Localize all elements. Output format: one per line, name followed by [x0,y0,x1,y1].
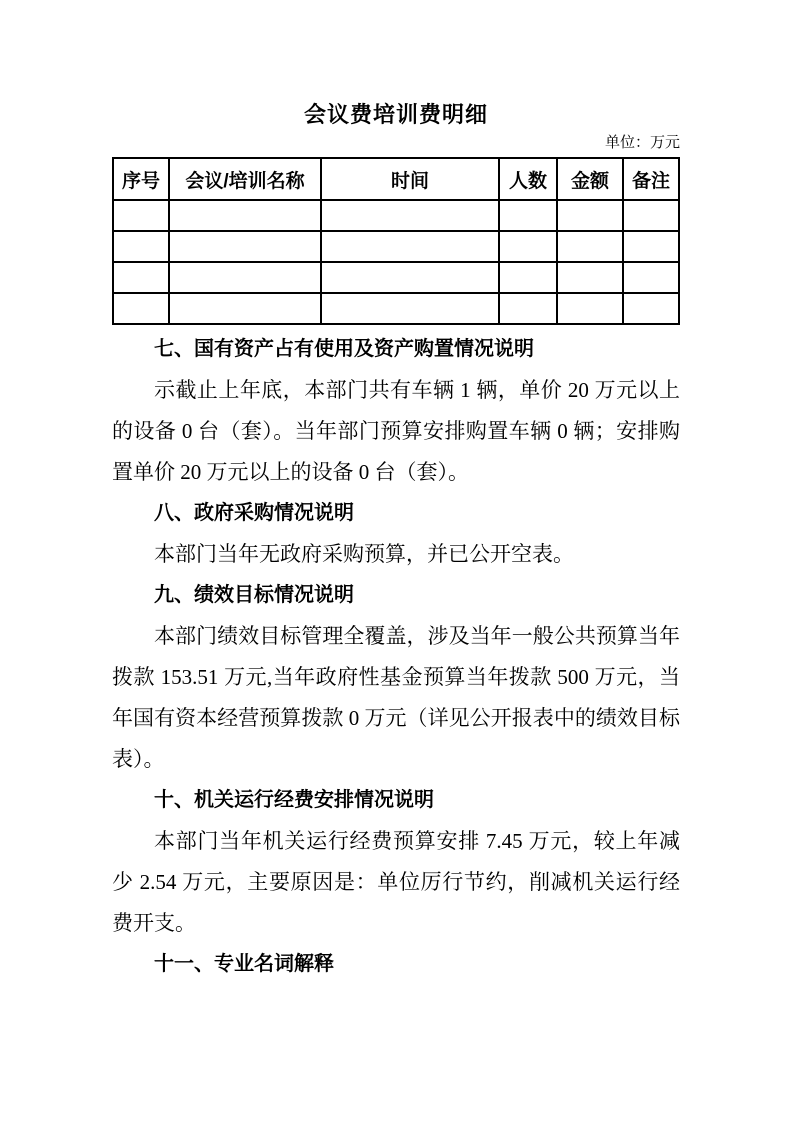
table-cell [169,262,321,293]
table-cell [113,231,169,262]
table-cell [321,262,499,293]
table-cell [557,293,623,324]
section-performance-targets: 九、绩效目标情况说明 本部门绩效目标管理全覆盖，涉及当年一般公共预算当年拨款 1… [112,575,680,780]
table-cell [113,200,169,231]
section-state-assets: 七、国有资产占有使用及资产购置情况说明 示截止上年底，本部门共有车辆 1 辆，单… [112,329,680,493]
section-heading: 十、机关运行经费安排情况说明 [112,780,680,821]
table-cell [499,262,557,293]
section-paragraph: 本部门当年机关运行经费预算安排 7.45 万元，较上年减少 2.54 万元，主要… [112,821,680,944]
table-cell [499,200,557,231]
document-page: 会议费培训费明细 单位：万元 序号 会议/培训名称 时间 人数 金额 备注 [0,0,793,1122]
table-cell [321,293,499,324]
table-cell [321,200,499,231]
header-cell-people: 人数 [499,158,557,200]
table-cell [169,293,321,324]
unit-note: 单位：万元 [112,132,680,154]
section-paragraph: 本部门绩效目标管理全覆盖，涉及当年一般公共预算当年拨款 153.51 万元,当年… [112,616,680,780]
section-terminology: 十一、专业名词解释 [112,944,680,985]
meeting-training-table: 序号 会议/培训名称 时间 人数 金额 备注 [112,157,680,325]
section-paragraph: 示截止上年底，本部门共有车辆 1 辆，单价 20 万元以上的设备 0 台（套）。… [112,370,680,493]
section-gov-procurement: 八、政府采购情况说明 本部门当年无政府采购预算，并已公开空表。 [112,493,680,575]
header-cell-name: 会议/培训名称 [169,158,321,200]
table-cell [169,200,321,231]
section-heading: 十一、专业名词解释 [112,944,680,985]
sections: 七、国有资产占有使用及资产购置情况说明 示截止上年底，本部门共有车辆 1 辆，单… [112,329,680,985]
table-cell [499,293,557,324]
section-heading: 九、绩效目标情况说明 [112,575,680,616]
table-cell [169,231,321,262]
header-cell-serial: 序号 [113,158,169,200]
section-heading: 七、国有资产占有使用及资产购置情况说明 [112,329,680,370]
table-row [113,293,679,324]
table-cell [557,200,623,231]
header-cell-amount: 金额 [557,158,623,200]
section-heading: 八、政府采购情况说明 [112,493,680,534]
table-cell [557,262,623,293]
table-cell [623,262,679,293]
table-cell [499,231,557,262]
table-cell [557,231,623,262]
table-cell [321,231,499,262]
table-cell [113,293,169,324]
header-cell-remark: 备注 [623,158,679,200]
header-cell-time: 时间 [321,158,499,200]
table-header-row: 序号 会议/培训名称 时间 人数 金额 备注 [113,158,679,200]
table-row [113,262,679,293]
table-cell [113,262,169,293]
table-row [113,200,679,231]
page-title: 会议费培训费明细 [112,100,680,130]
section-operating-funds: 十、机关运行经费安排情况说明 本部门当年机关运行经费预算安排 7.45 万元，较… [112,780,680,944]
table-cell [623,293,679,324]
table-row [113,231,679,262]
table-cell [623,231,679,262]
section-paragraph: 本部门当年无政府采购预算，并已公开空表。 [112,534,680,575]
document-content: 会议费培训费明细 单位：万元 序号 会议/培训名称 时间 人数 金额 备注 [0,100,793,985]
table-cell [623,200,679,231]
